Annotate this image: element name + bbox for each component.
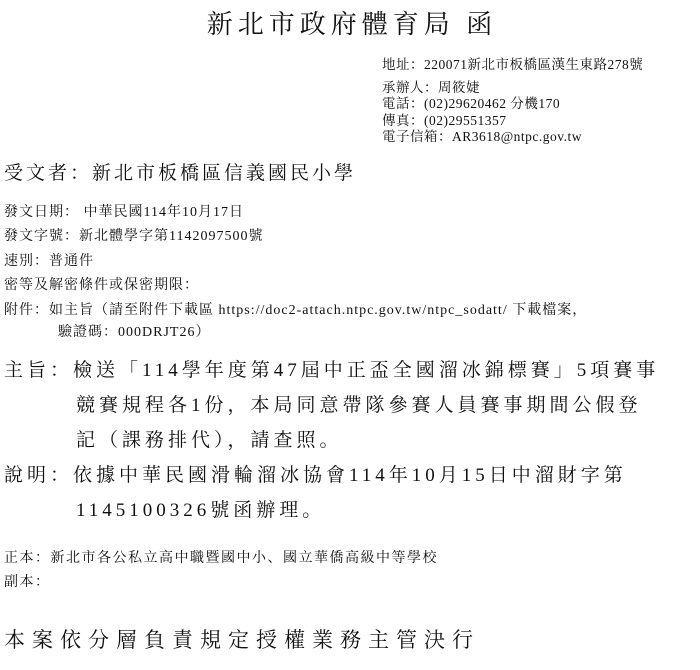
sender-contact-block: 地址：220071新北市板橋區漢生東路278號 承辦人：周筱婕 電話：(02)2… bbox=[382, 57, 700, 146]
letter-title: 新北市政府體育局 函 bbox=[4, 10, 700, 40]
description-section: 說明：依據中華民國滑輪溜冰協會114年10月15日中溜財字第 114510032… bbox=[4, 458, 700, 528]
security-line: 密等及解密條件或保密期限： bbox=[4, 274, 700, 299]
document-meta-block: 發文日期： 中華民國114年10月17日 發文字號：新北體學字第11420975… bbox=[4, 201, 700, 343]
doc-number-line: 發文字號：新北體學字第1142097500號 bbox=[4, 225, 700, 250]
sender-email: 電子信箱：AR3618@ntpc.gov.tw bbox=[382, 129, 700, 146]
sender-contact-person: 承辦人：周筱婕 bbox=[382, 80, 700, 97]
attachment-line: 附件：如主旨（請至附件下載區 https://doc2-attach.ntpc.… bbox=[4, 299, 700, 324]
sender-phone: 電話：(02)29620462 分機170 bbox=[382, 96, 700, 113]
official-letter-document: 新北市政府體育局 函 地址：220071新北市板橋區漢生東路278號 承辦人：周… bbox=[0, 0, 700, 670]
subject-line: 記（課務排代），請查照。 bbox=[4, 423, 700, 458]
copies-block: 正本：新北市各公私立高中職暨國中小、國立華僑高級中等學校 副本： bbox=[4, 547, 700, 595]
subject-line: 主旨：檢送「114學年度第47屆中正盃全國溜冰錦標賽」5項賽事 bbox=[4, 353, 700, 388]
cc-recipients-line: 副本： bbox=[4, 571, 700, 595]
attachment-verification-line: 驗證碼：000DRJT26） bbox=[4, 323, 700, 342]
sender-fax: 傳真：(02)29551357 bbox=[382, 113, 700, 130]
subject-section: 主旨：檢送「114學年度第47屆中正盃全國溜冰錦標賽」5項賽事 競賽規程各1份，… bbox=[4, 353, 700, 458]
subject-line: 競賽規程各1份，本局同意帶隊參賽人員賽事期間公假登 bbox=[4, 388, 700, 423]
delegation-authorization-note: 本案依分層負責規定授權業務主管決行 bbox=[4, 625, 700, 655]
priority-line: 速別：普通件 bbox=[4, 250, 700, 275]
recipient-line: 受文者：新北市板橋區信義國民小學 bbox=[4, 161, 700, 187]
issue-date-line: 發文日期： 中華民國114年10月17日 bbox=[4, 201, 700, 226]
original-recipients-line: 正本：新北市各公私立高中職暨國中小、國立華僑高級中等學校 bbox=[4, 547, 700, 571]
description-line: 1145100326號函辦理。 bbox=[4, 493, 700, 528]
description-line: 說明：依據中華民國滑輪溜冰協會114年10月15日中溜財字第 bbox=[4, 458, 700, 493]
sender-address: 地址：220071新北市板橋區漢生東路278號 bbox=[382, 57, 700, 74]
